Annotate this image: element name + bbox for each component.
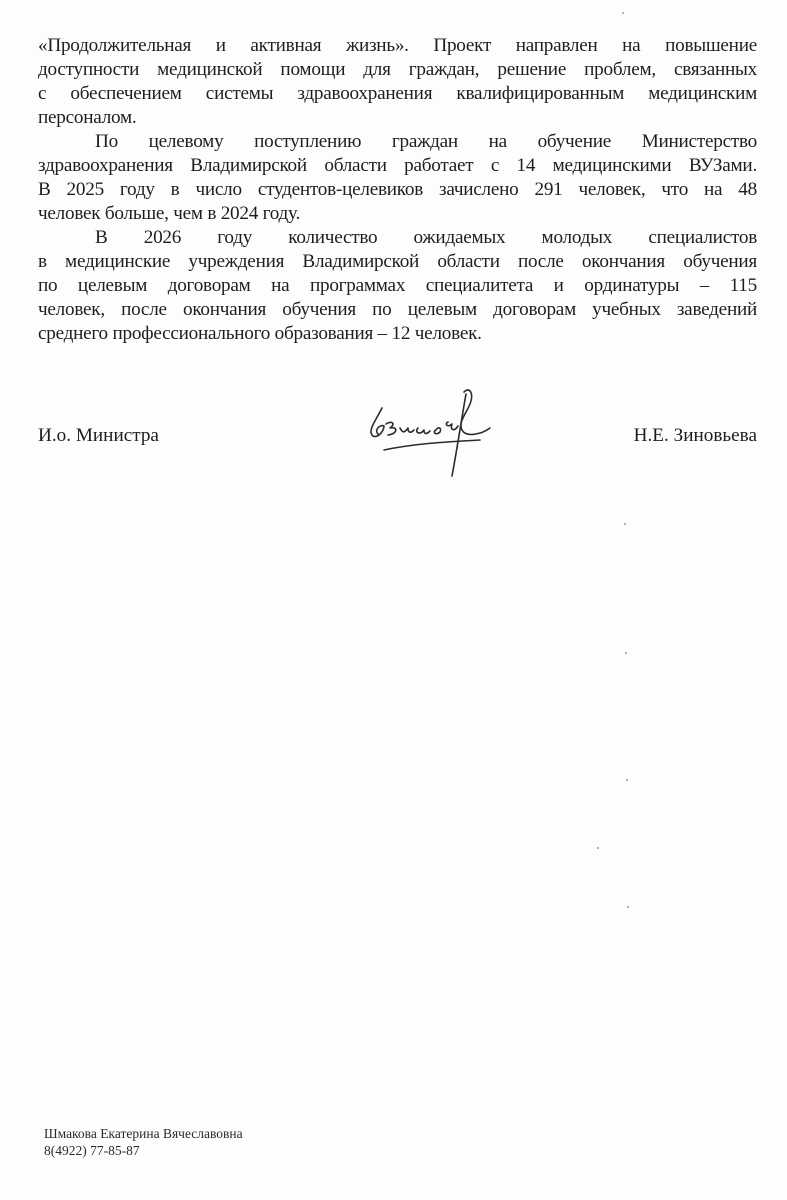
- text-line: «Продолжительная и активная жизнь». Прое…: [38, 34, 757, 58]
- signatory-name: Н.Е. Зиновьева: [634, 425, 757, 447]
- scan-speck: [626, 779, 628, 781]
- text-line: человек больше, чем в 2024 году.: [38, 202, 757, 226]
- document-body: «Продолжительная и активная жизнь». Прое…: [38, 34, 757, 346]
- signatory-title: И.о. Министра: [38, 425, 159, 447]
- text-line: В 2026 году количество ожидаемых молодых…: [38, 226, 757, 250]
- scan-speck: [597, 847, 599, 849]
- text-line: среднего профессионального образования –…: [38, 322, 757, 346]
- text-line: персоналом.: [38, 106, 757, 130]
- executor-name: Шмакова Екатерина Вячеславовна: [44, 1125, 243, 1142]
- executor-phone: 8(4922) 77-85-87: [44, 1142, 243, 1159]
- scan-speck: [624, 523, 626, 525]
- scan-speck: [625, 652, 627, 654]
- executor-block: Шмакова Екатерина Вячеславовна 8(4922) 7…: [44, 1125, 243, 1159]
- scan-speck: [622, 12, 624, 14]
- text-line: по целевым договорам на программах специ…: [38, 274, 757, 298]
- text-line: в медицинские учреждения Владимирской об…: [38, 250, 757, 274]
- paragraph-targeted-admission: По целевому поступлению граждан на обуче…: [38, 130, 757, 226]
- text-line: с обеспечением системы здравоохранения к…: [38, 82, 757, 106]
- text-line: человек, после окончания обучения по цел…: [38, 298, 757, 322]
- text-line: По целевому поступлению граждан на обуче…: [38, 130, 757, 154]
- paragraph-young-specialists: В 2026 году количество ожидаемых молодых…: [38, 226, 757, 346]
- document-page: «Продолжительная и активная жизнь». Прое…: [0, 0, 787, 1200]
- paragraph-project: «Продолжительная и активная жизнь». Прое…: [38, 34, 757, 130]
- text-line: В 2025 году в число студентов-целевиков …: [38, 178, 757, 202]
- handwritten-signature-icon: [362, 380, 512, 480]
- scan-speck: [627, 906, 629, 908]
- text-line: здравоохранения Владимирской области раб…: [38, 154, 757, 178]
- text-line: доступности медицинской помощи для гражд…: [38, 58, 757, 82]
